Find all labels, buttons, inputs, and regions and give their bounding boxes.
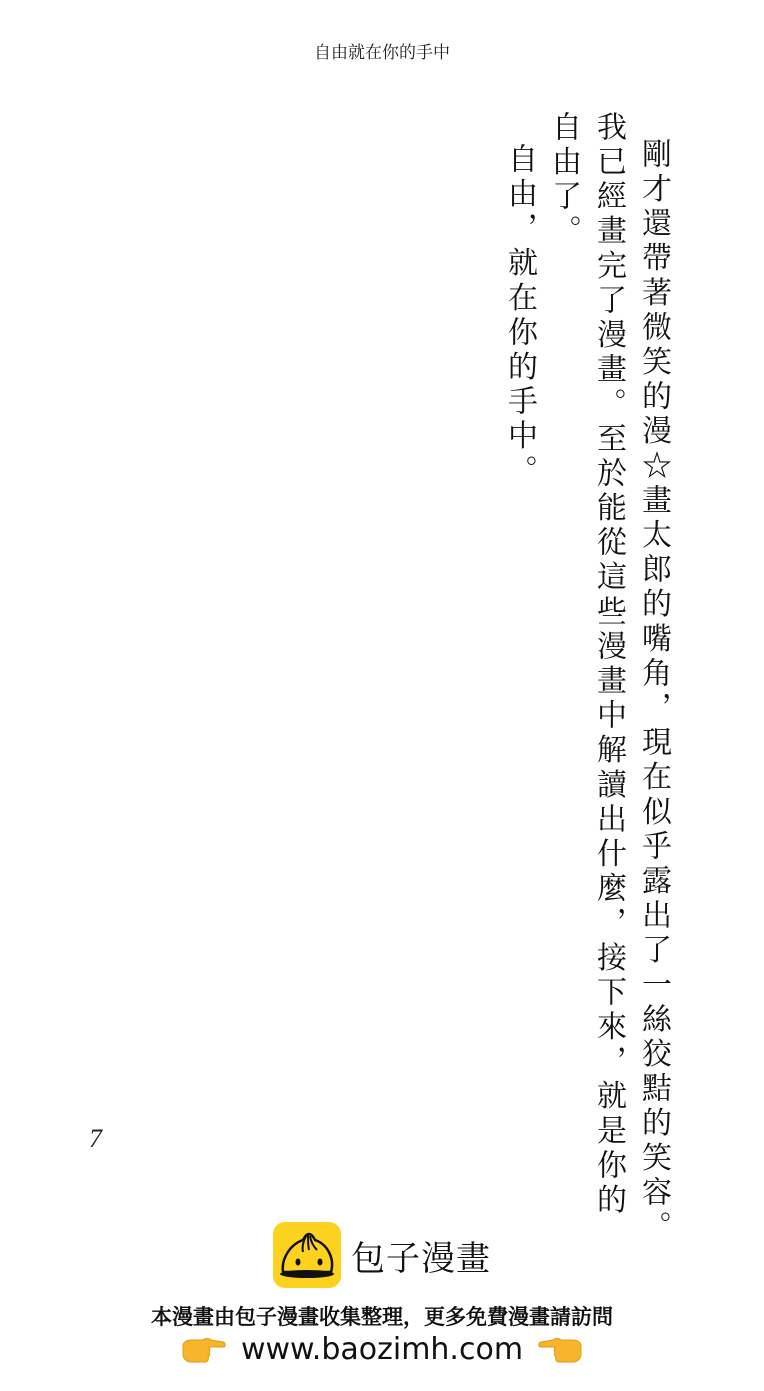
pointing-right-hand-icon bbox=[179, 1334, 227, 1366]
site-url-link[interactable]: www.baozimh.com bbox=[241, 1332, 523, 1367]
pointing-left-hand-icon bbox=[537, 1334, 585, 1366]
text-column-4: 自由，就在你的手中。 bbox=[502, 143, 536, 489]
footer-brand: 包子漫畫 bbox=[0, 1222, 764, 1288]
footer-note: 本漫畫由包子漫畫收集整理，更多免費漫畫請訪問 bbox=[0, 1301, 764, 1331]
baozi-bun-icon bbox=[273, 1222, 341, 1288]
brand-name: 包子漫畫 bbox=[351, 1231, 491, 1280]
text-column-3: 自由了。 bbox=[546, 111, 580, 249]
page-header-title: 自由就在你的手中 bbox=[0, 38, 764, 63]
text-column-2: 我已經畫完了漫畫。至於能從這些漫畫中解讀出什麼，接下來，就是你的 bbox=[591, 111, 625, 1218]
page-number: 7 bbox=[89, 1124, 102, 1154]
footer-url-row: www.baozimh.com bbox=[0, 1332, 764, 1367]
text-column-1: 剛才還帶著微笑的漫☆畫太郎的嘴角，現在似乎露出了一絲狡黠的笑容。 bbox=[636, 138, 670, 1245]
